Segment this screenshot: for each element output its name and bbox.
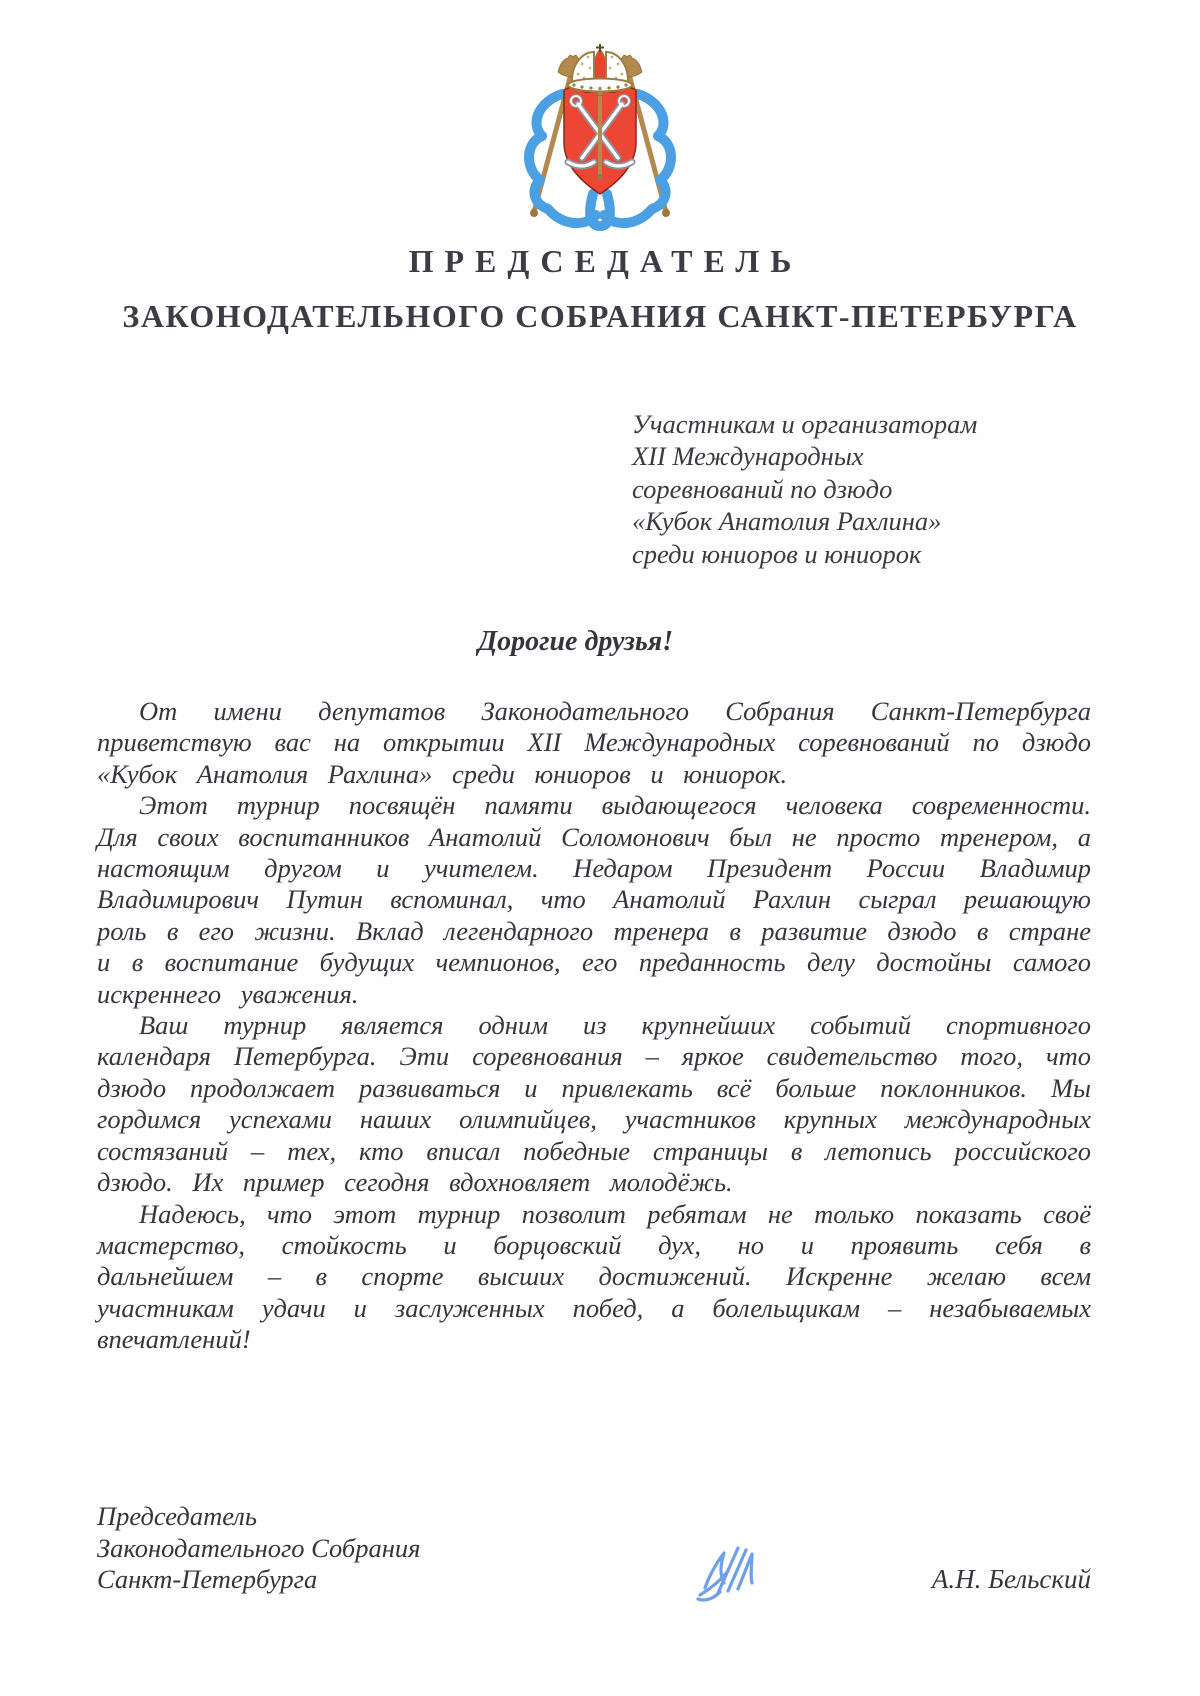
letterhead-subtitle: ЗАКОНОДАТЕЛЬНОГО СОБРАНИЯ САНКТ-ПЕТЕРБУР… [0,298,1200,335]
paragraph-2: Этот турнир посвящён памяти выдающегося … [97,790,1091,1010]
addressee-line: Участникам и организаторам [632,408,977,440]
addressee-line: XII Международных [632,440,977,472]
addressee-line: «Кубок Анатолия Рахлина» [632,505,977,537]
signature-block: Председатель Законодательного Собрания С… [97,1496,1091,1636]
letter-body: От имени депутатов Законодательного Собр… [97,696,1091,1356]
paragraph-3: Ваш турнир является одним из крупнейших … [97,1010,1091,1198]
signatory-name: А.Н. Бельский [932,1564,1091,1595]
addressee-line: соревнований по дзюдо [632,473,977,505]
addressee-line: среди юниоров и юниорок [632,538,977,570]
salutation: Дорогие друзья! [478,626,673,658]
letterhead-title: ПРЕДСЕДАТЕЛЬ [0,243,1200,280]
coat-of-arms-svg [472,44,728,234]
paragraph-4: Надеюсь, что этот турнир позволит ребята… [97,1199,1091,1356]
position-line: Санкт-Петербурга [97,1564,420,1596]
letter-page: ПРЕДСЕДАТЕЛЬ ЗАКОНОДАТЕЛЬНОГО СОБРАНИЯ С… [0,0,1200,1696]
coat-of-arms-icon [472,44,728,234]
addressee-block: Участникам и организаторам XII Междунаро… [632,408,977,570]
signatory-position: Председатель Законодательного Собрания С… [97,1501,420,1596]
signature-scribble-icon [693,1538,768,1606]
position-line: Председатель [97,1501,420,1533]
position-line: Законодательного Собрания [97,1533,420,1565]
paragraph-1: От имени депутатов Законодательного Собр… [97,696,1091,790]
